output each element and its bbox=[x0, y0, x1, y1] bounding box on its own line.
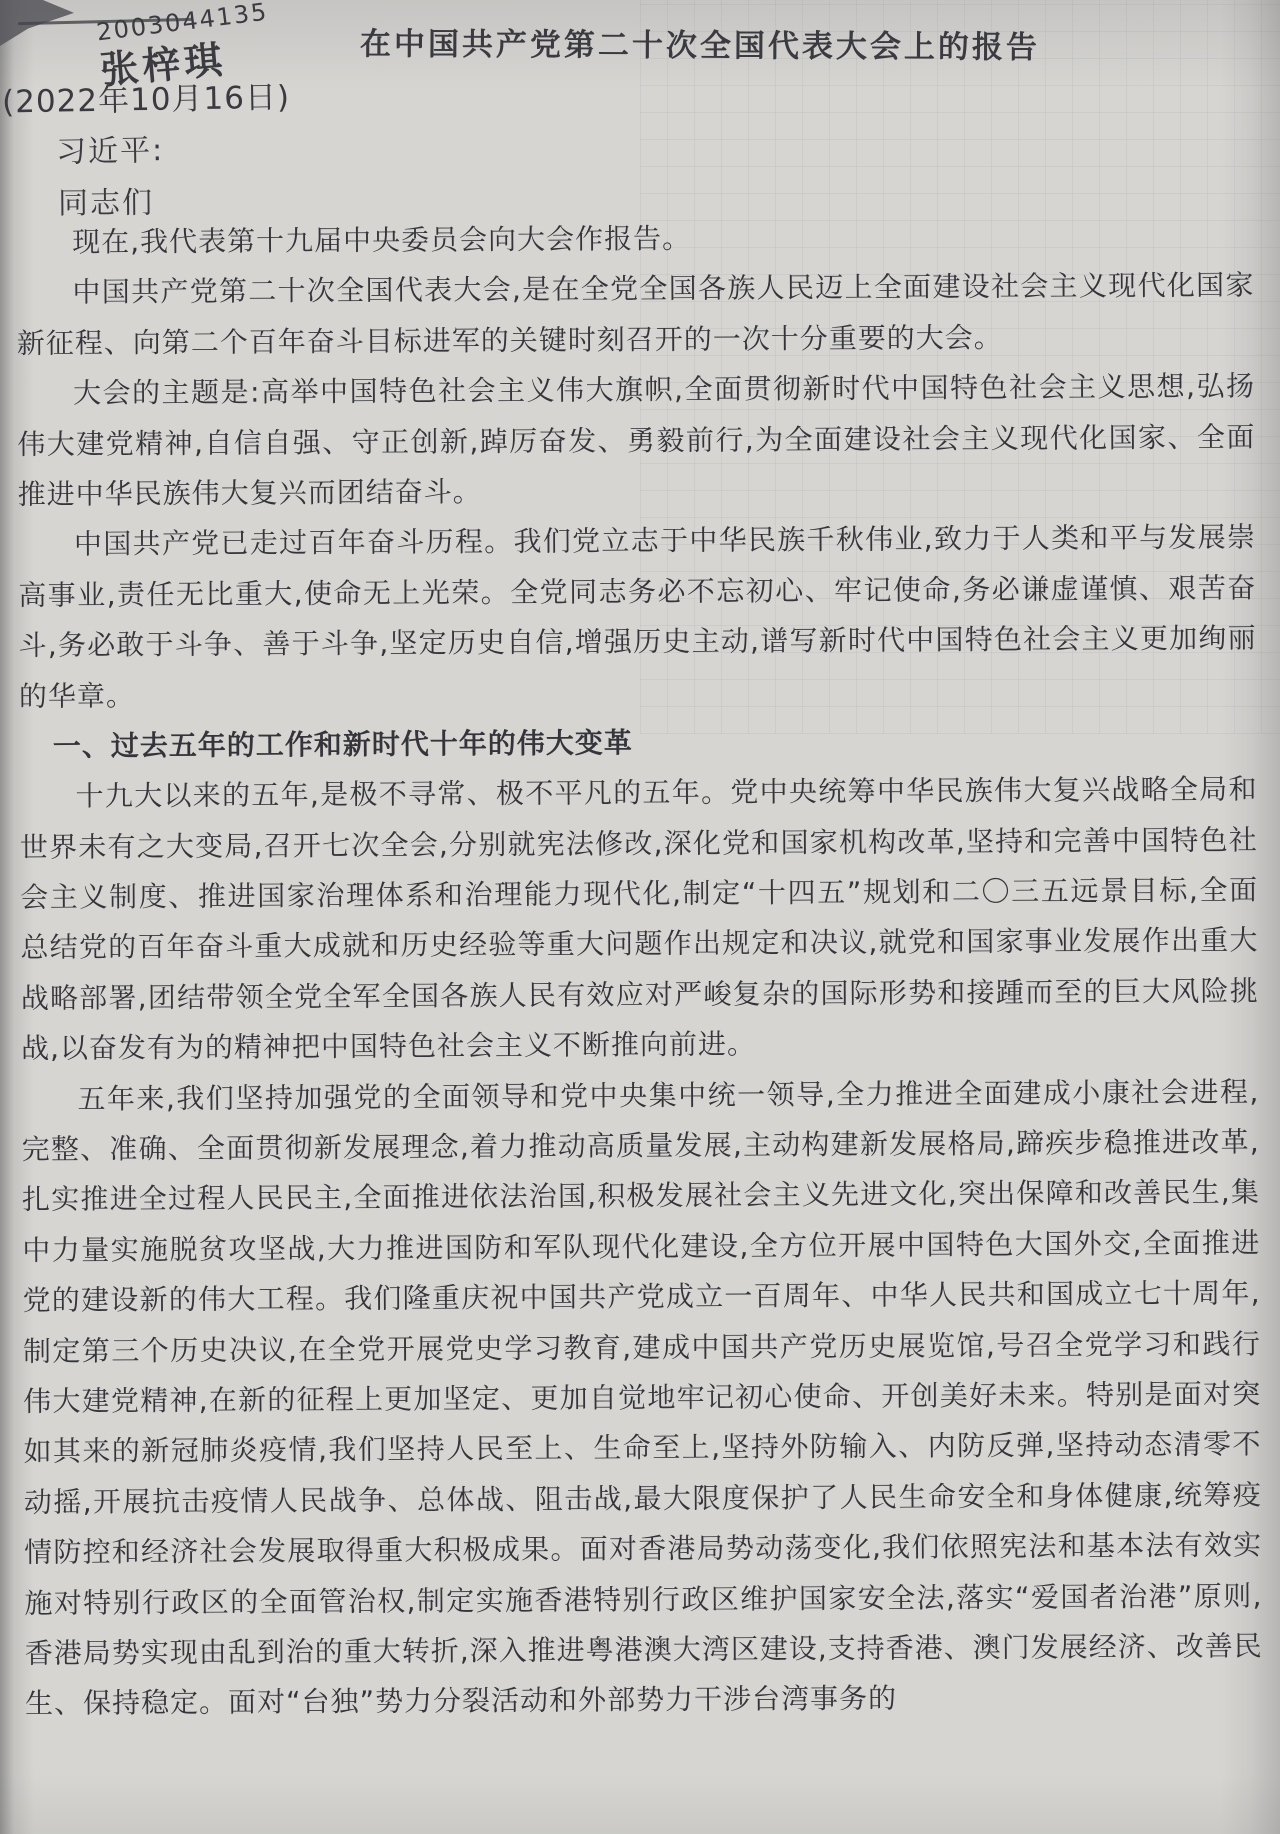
document-title: 在中国共产党第二十次全国代表大会上的报告 bbox=[240, 18, 1160, 68]
paragraph-party-mission: 中国共产党已走过百年奋斗历程。我们党立志于中华民族千秋伟业,致力于人类和平与发展… bbox=[18, 513, 1257, 722]
document-body: 现在,我代表第十九届中央委员会向大会作报告。 中国共产党第二十次全国代表大会,是… bbox=[16, 210, 1263, 1729]
section-heading: 一、过去五年的工作和新时代十年的伟大变革 bbox=[19, 714, 1257, 772]
paragraph-five-years-review: 十九大以来的五年,是极不寻常、极不平凡的五年。党中央统筹中华民族伟大复兴战略全局… bbox=[19, 765, 1259, 1075]
paragraph-congress-theme: 大会的主题是:高举中国特色社会主义伟大旗帜,全面贯彻新时代中国特色社会主义思想,… bbox=[17, 362, 1256, 521]
document-page: 2003044135 张梓琪 在中国共产党第二十次全国代表大会上的报告 (202… bbox=[0, 0, 1280, 1834]
paragraph-opening: 现在,我代表第十九届中央委员会向大会作报告。 bbox=[16, 210, 1254, 268]
paragraph-congress-intro: 中国共产党第二十次全国代表大会,是在全党全国各族人民迈上全面建设社会主义现代化国… bbox=[16, 261, 1255, 369]
speaker-name: 习近平: bbox=[56, 125, 165, 171]
salutation: 同志们 bbox=[58, 178, 154, 223]
date-note: (2022年10月16日) bbox=[2, 71, 291, 121]
paragraph-achievements: 五年来,我们坚持加强党的全面领导和党中央集中统一领导,全力推进全面建成小康社会进… bbox=[21, 1067, 1263, 1730]
